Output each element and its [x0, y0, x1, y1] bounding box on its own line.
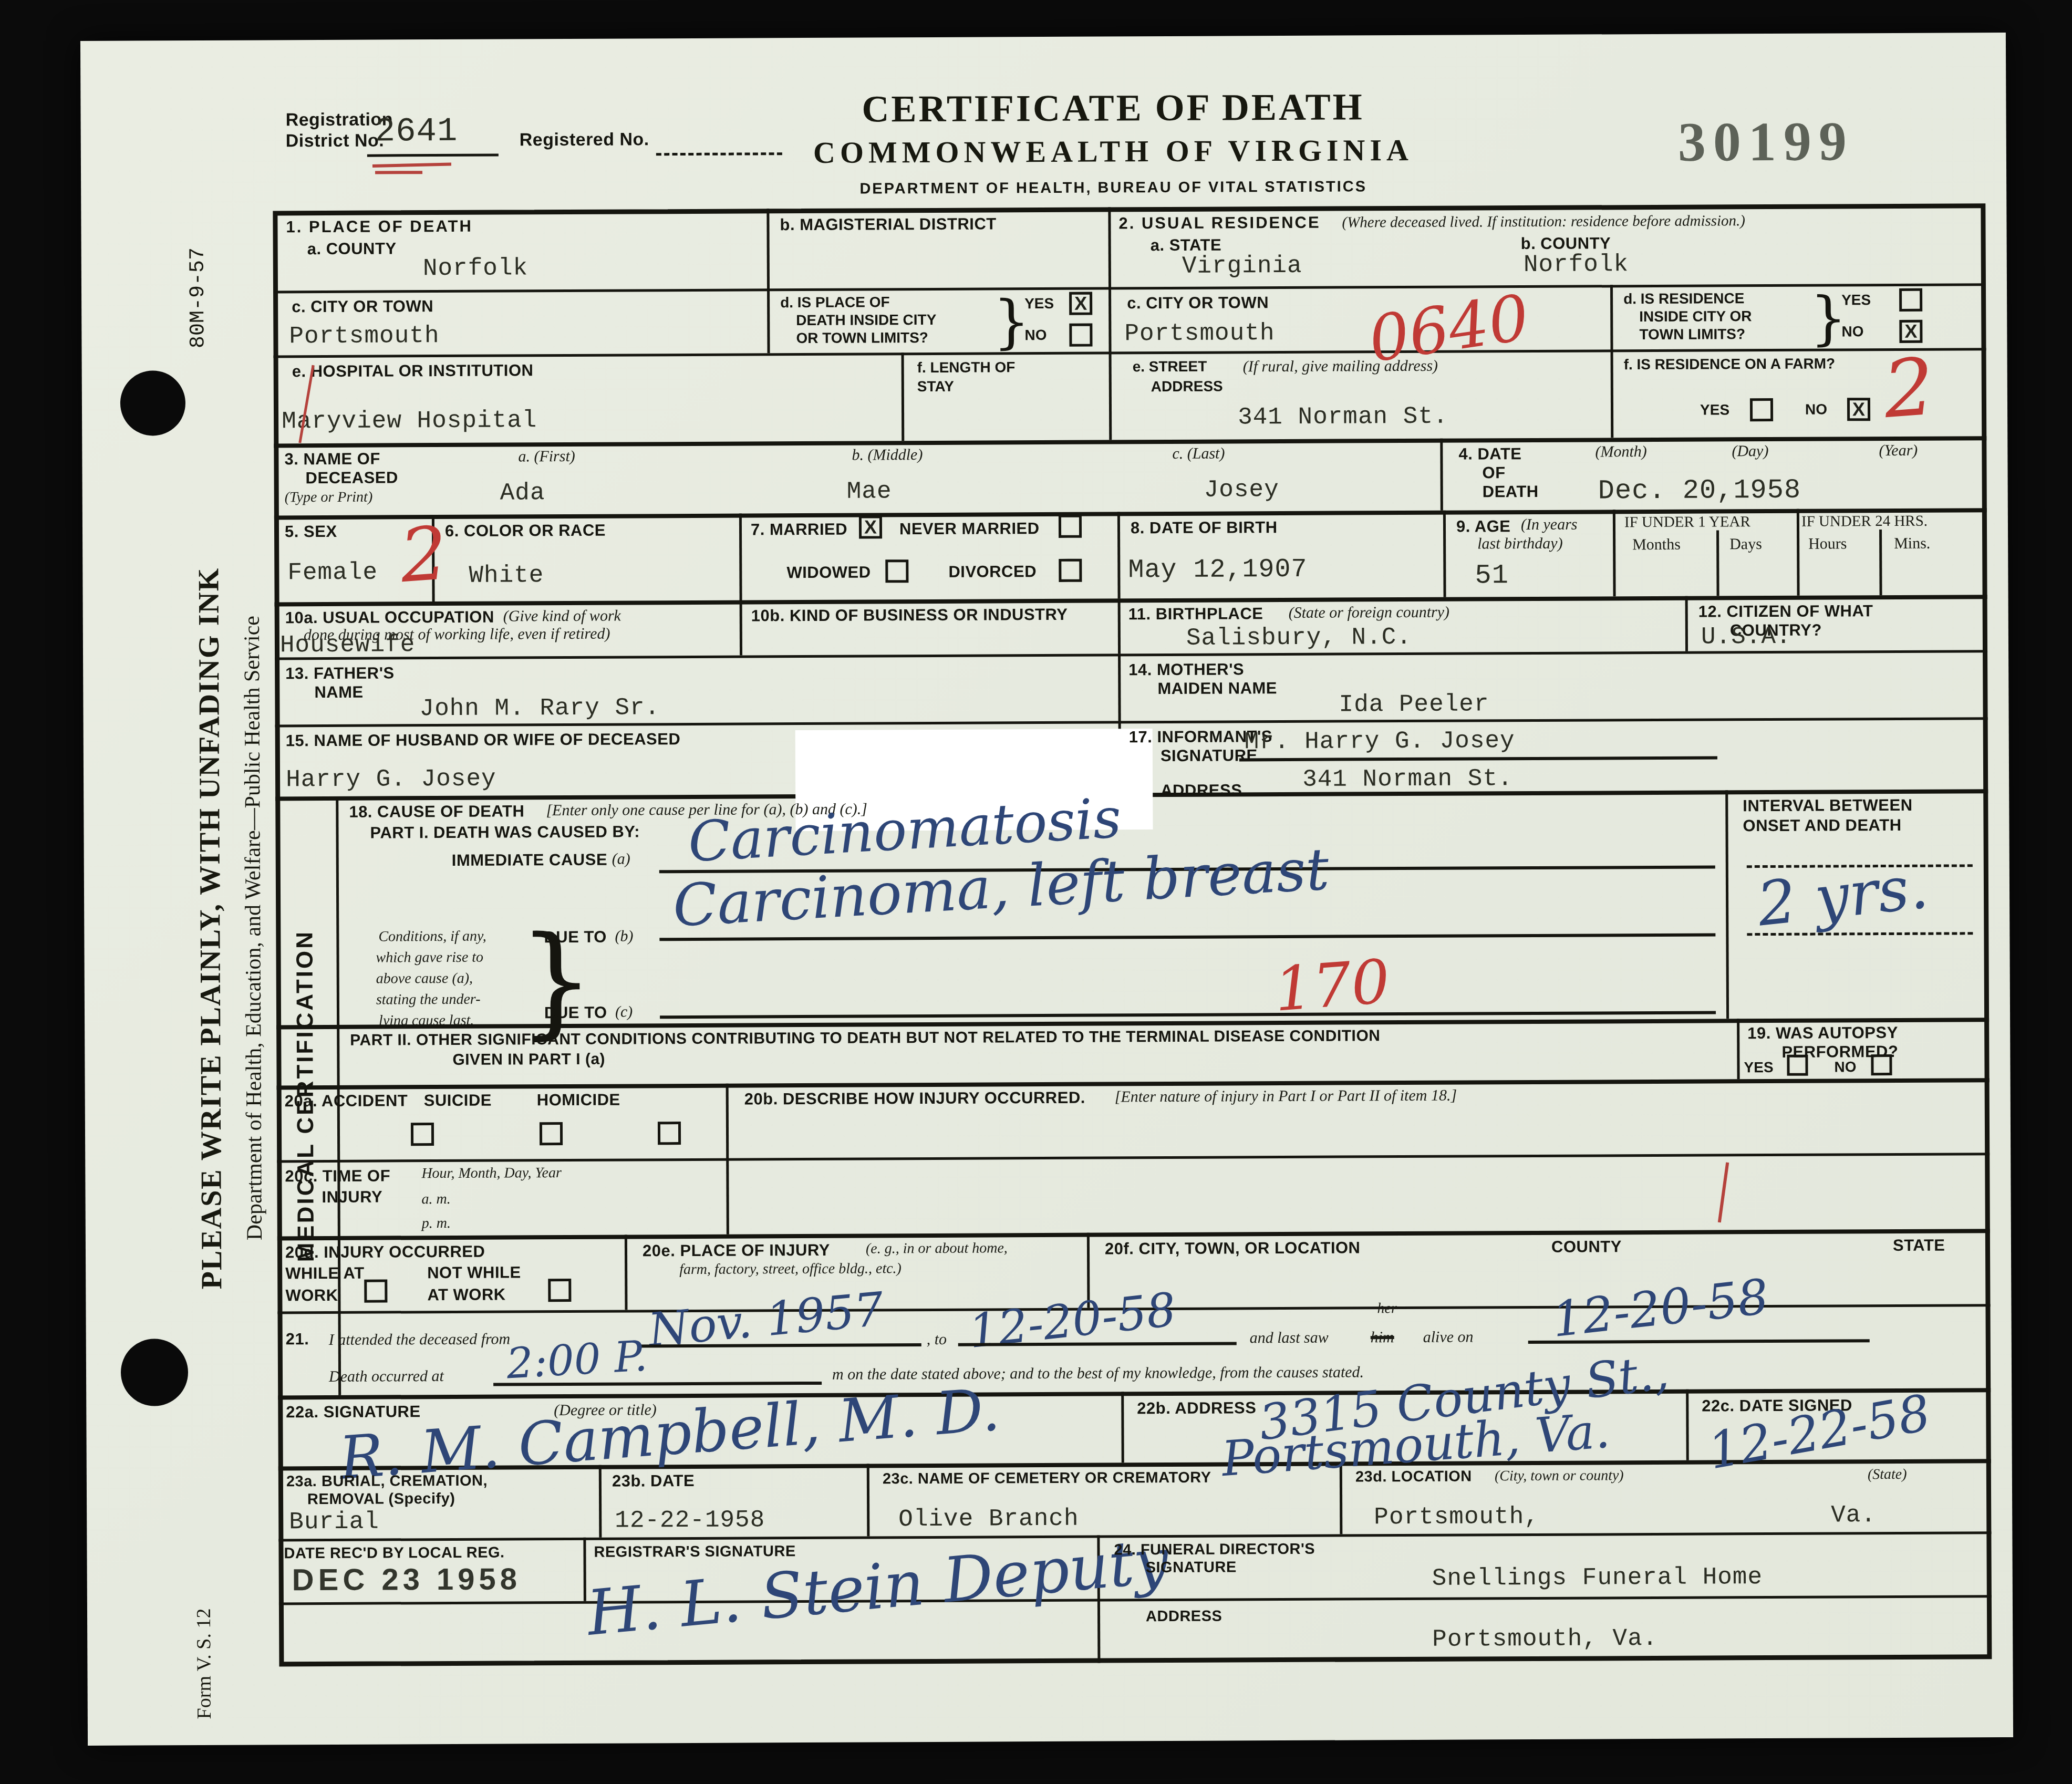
burial-date-value: 12-22-1958	[615, 1506, 765, 1534]
not-while-label1: NOT WHILE	[427, 1263, 521, 1282]
race-value: White	[469, 562, 544, 589]
dod-year-label: (Year)	[1879, 442, 1918, 460]
name-first-value: Ada	[500, 479, 545, 506]
street-note: (If rural, give mailing address)	[1243, 357, 1438, 376]
name-label1: 3. NAME OF	[284, 450, 380, 469]
accident-label: 20a. ACCIDENT	[285, 1091, 408, 1111]
birthplace-note: (State or foreign country)	[1289, 604, 1449, 622]
certificate-title: CERTIFICATE OF DEATH	[758, 85, 1467, 131]
divider	[1737, 1019, 1740, 1079]
due-c-letter: (c)	[615, 1003, 633, 1021]
widowed-label: WIDOWED	[786, 563, 871, 582]
burial-date-label: 23b. DATE	[612, 1471, 695, 1491]
form-number: Form V. S. 12	[192, 1574, 216, 1753]
residence-yes-label: YES	[1841, 292, 1871, 308]
widowed-checkbox	[885, 559, 908, 583]
attended-to-label: , to	[927, 1331, 947, 1349]
occupation-label: 10a. USUAL OCCUPATION	[285, 608, 494, 628]
pod-inside-no-checkbox	[1069, 324, 1092, 347]
autopsy-yes-label: YES	[1744, 1059, 1773, 1076]
divider	[1118, 598, 1121, 654]
due-b-letter: (b)	[615, 927, 633, 945]
divider	[1440, 439, 1443, 511]
describe-injury-note: [Enter nature of injury in Part I or Par…	[1115, 1087, 1457, 1106]
funeral-address-value: Portsmouth, Va.	[1432, 1625, 1657, 1653]
time-of-injury-label1: 20c. TIME OF	[285, 1166, 390, 1186]
physician-addr-label: 22b. ADDRESS	[1137, 1398, 1256, 1418]
divider	[625, 1235, 628, 1310]
funeral-director-label2: SIGNATURE	[1146, 1559, 1237, 1576]
name-last-value: Josey	[1204, 476, 1279, 504]
funeral-home-value: Snellings Funeral Home	[1432, 1563, 1763, 1592]
pod-county-value: Norfolk	[423, 254, 528, 282]
suicide-label: SUICIDE	[424, 1091, 492, 1111]
mother-label1: 14. MOTHER'S	[1128, 660, 1244, 679]
injury-state-label: STATE	[1893, 1236, 1945, 1255]
interval-label2: ONSET AND DEATH	[1743, 816, 1901, 835]
divider	[1443, 511, 1446, 597]
street-label2: ADDRESS	[1151, 378, 1223, 396]
never-married-checkbox	[1059, 515, 1082, 538]
homicide-checkbox	[658, 1122, 681, 1145]
dod-label1: 4. DATE	[1458, 444, 1521, 464]
mother-value: Ida Peeler	[1339, 690, 1489, 718]
funeral-address-label: ADDRESS	[1146, 1608, 1222, 1626]
burial-label1: 23a. BURIAL, CREMATION,	[286, 1472, 488, 1491]
certificate-paper: 80M-9-57 PLEASE WRITE PLAINLY, WITH UNFA…	[80, 33, 2013, 1746]
autopsy-yes-checkbox	[1787, 1055, 1808, 1076]
pod-city-value: Portsmouth	[289, 322, 439, 350]
residence-city-label: c. CITY OR TOWN	[1127, 293, 1269, 313]
due-to-c-label: DUE TO	[544, 1003, 607, 1023]
conditions-note5: lying cause last.	[379, 1012, 474, 1030]
married-label: 7. MARRIED	[751, 520, 847, 540]
residence-city-value: Portsmouth	[1124, 319, 1275, 347]
divider	[902, 352, 905, 441]
burial-label2: REMOVAL (Specify)	[307, 1490, 455, 1508]
death-occurred-text1: Death occurred at	[329, 1367, 444, 1386]
name-label2: DECEASED	[305, 468, 398, 488]
injury-city-label: 20f. CITY, TOWN, OR LOCATION	[1105, 1238, 1361, 1258]
age-note2: last birthday)	[1477, 535, 1563, 553]
mins-label: Mins.	[1894, 535, 1930, 553]
length-of-stay-label2: STAY	[917, 378, 954, 395]
burial-value: Burial	[289, 1508, 379, 1536]
occupation-value: Housewife	[280, 631, 416, 659]
location-label: 23d. LOCATION	[1355, 1468, 1472, 1486]
injury-county-label: COUNTY	[1551, 1237, 1622, 1257]
birth-label: 8. DATE OF BIRTH	[1131, 518, 1278, 537]
commonwealth-subtitle: COMMONWEALTH OF VIRGINIA	[759, 132, 1468, 170]
informant-value: Mr. Harry G. Josey	[1245, 727, 1515, 755]
birthplace-value: Salisbury, N.C.	[1186, 624, 1412, 652]
residence-county-value: Norfolk	[1524, 251, 1629, 278]
pod-inside-yes-checkbox: X	[1069, 292, 1092, 315]
dod-label3: DEATH	[1483, 482, 1539, 501]
age-note1: (In years	[1521, 516, 1578, 534]
checkbox-mark: X	[1074, 293, 1087, 315]
business-label: 10b. KIND OF BUSINESS OR INDUSTRY	[751, 605, 1068, 626]
usual-residence-label: 2. USUAL RESIDENCE	[1118, 213, 1320, 233]
informant-label2: SIGNATURE	[1161, 746, 1258, 765]
immediate-a-label: (a)	[612, 850, 630, 868]
divider	[1879, 530, 1882, 595]
street-value: 341 Norman St.	[1238, 403, 1448, 431]
divider	[1685, 596, 1688, 651]
while-at-work-label1: WHILE AT	[285, 1264, 365, 1283]
name-middle-label: b. (Middle)	[852, 446, 923, 464]
never-married-label: NEVER MARRIED	[899, 519, 1040, 538]
father-label1: 13. FATHER'S	[285, 663, 395, 683]
age-label: 9. AGE	[1456, 517, 1511, 536]
race-label: 6. COLOR OR RACE	[445, 521, 606, 541]
location-note: (City, town or county)	[1495, 1467, 1624, 1485]
length-of-stay-label: f. LENGTH OF	[917, 359, 1016, 376]
pod-city-label: c. CITY OR TOWN	[292, 297, 433, 316]
attended-number: 21.	[286, 1330, 309, 1349]
occupation-note1: (Give kind of work	[503, 607, 621, 626]
hospital-label: e. HOSPITAL OR INSTITUTION	[292, 361, 534, 381]
due-to-b-label: DUE TO	[544, 928, 607, 947]
farm-yes-checkbox	[1750, 398, 1773, 421]
citizen-value: U.S.A.	[1701, 623, 1791, 651]
red-underline-mark-1	[372, 163, 451, 168]
spouse-value: Harry G. Josey	[286, 765, 496, 794]
serial-number: 30199	[1678, 109, 1855, 174]
red-underline-mark-2	[375, 171, 422, 174]
autopsy-label1: 19. WAS AUTOPSY	[1747, 1023, 1898, 1043]
conditions-note1: Conditions, if any,	[378, 928, 486, 946]
residence-inside-label1: d. IS RESIDENCE	[1623, 290, 1744, 307]
name-first-label: a. (First)	[518, 448, 575, 465]
not-while-checkbox	[548, 1279, 571, 1302]
accident-checkbox	[411, 1123, 434, 1146]
months-label: Months	[1632, 536, 1681, 554]
sex-red-code: 2	[397, 511, 450, 599]
spouse-label: 15. NAME OF HUSBAND OR WIFE OF DECEASED	[286, 730, 681, 750]
pod-no-label: NO	[1024, 327, 1047, 344]
write-plainly-instruction: PLEASE WRITE PLAINLY, WITH UNFADING INK	[193, 482, 228, 1375]
hole-punch-top	[120, 370, 186, 436]
place-of-injury-label: 20e. PLACE OF INJURY	[643, 1241, 830, 1261]
date-received-label: DATE REC'D BY LOCAL REG.	[284, 1544, 504, 1563]
pm-label: p. m.	[422, 1215, 451, 1232]
cause-label: 18. CAUSE OF DEATH	[349, 802, 524, 821]
residence-state-value: Virginia	[1182, 252, 1302, 280]
homicide-label: HOMICIDE	[537, 1091, 620, 1110]
death-time-value: 2:00 P.	[505, 1331, 648, 1388]
place-of-injury-note2: farm, factory, street, office bldg., etc…	[679, 1260, 902, 1278]
autopsy-no-checkbox	[1871, 1054, 1892, 1075]
hole-punch-bottom	[121, 1339, 189, 1406]
part2-label-line2: GIVEN IN PART I (a)	[452, 1051, 605, 1069]
farm-label: f. IS RESIDENCE ON A FARM?	[1624, 355, 1836, 373]
residence-inside-label2: INSIDE CITY OR	[1639, 308, 1752, 325]
informant-address-value: 341 Norman St.	[1302, 765, 1513, 793]
age-value: 51	[1475, 560, 1509, 591]
name-middle-value: Mae	[847, 478, 892, 505]
time-of-injury-note: Hour, Month, Day, Year	[421, 1165, 562, 1182]
time-of-injury-label2: INJURY	[322, 1188, 382, 1207]
date-received-stamp: DEC 23 1958	[292, 1561, 522, 1598]
place-of-injury-note1: (e. g., in or about home,	[866, 1240, 1008, 1257]
while-at-work-label2: WORK	[285, 1286, 338, 1305]
death-occurred-text2: m on the date stated above; and to the b…	[832, 1363, 1364, 1383]
location-value: Portsmouth,	[1374, 1503, 1539, 1531]
pod-yes-label: YES	[1024, 295, 1054, 312]
residence-inside-yes-checkbox	[1899, 288, 1922, 312]
location-state-note: (State)	[1868, 1466, 1907, 1483]
part1-label: PART I. DEATH WAS CAUSED BY:	[370, 822, 640, 842]
farm-no-checkbox: X	[1847, 398, 1870, 421]
conditions-note3: above cause (a),	[376, 970, 473, 988]
stock-number: 80M-9-57	[185, 193, 211, 403]
farm-red-code: 2	[1881, 341, 1938, 437]
checkbox-mark: X	[864, 516, 877, 538]
divorced-checkbox	[1059, 559, 1082, 582]
physician-sig-label: 22a. SIGNATURE	[286, 1402, 420, 1422]
describe-injury-label: 20b. DESCRIBE HOW INJURY OCCURRED.	[744, 1088, 1085, 1109]
margin-department-line: Department of Health, Education, and Wel…	[239, 497, 268, 1358]
hours-label: Hours	[1808, 535, 1847, 553]
not-while-label2: AT WORK	[427, 1285, 505, 1305]
divider	[1797, 509, 1800, 596]
street-label1: e. STREET	[1133, 358, 1207, 376]
registration-district-number: 2641	[375, 113, 458, 151]
divider	[1686, 1389, 1689, 1460]
sex-value: Female	[287, 559, 378, 587]
if-under-24hrs-label: IF UNDER 24 HRS.	[1801, 513, 1928, 531]
residence-inside-no-checkbox: X	[1899, 320, 1922, 343]
mother-label2: MAIDEN NAME	[1157, 679, 1277, 698]
registered-no-label: Registered No.	[520, 129, 649, 150]
birthplace-label: 11. BIRTHPLACE	[1128, 604, 1263, 624]
divider	[1716, 530, 1719, 596]
funeral-director-label1: 24. FUNERAL DIRECTOR'S	[1114, 1541, 1315, 1559]
name-last-label: c. (Last)	[1172, 445, 1225, 463]
if-under-1yr-label: IF UNDER 1 YEAR	[1624, 513, 1750, 531]
injury-occurred-label: 20d. INJURY OCCURRED	[285, 1242, 485, 1262]
cemetery-value: Olive Branch	[898, 1505, 1079, 1533]
place-of-death-label: 1. PLACE OF DEATH	[286, 217, 472, 237]
divider	[1117, 512, 1121, 598]
cemetery-label: 23c. NAME OF CEMETERY OR CREMATORY	[883, 1469, 1211, 1488]
department-line: DEPARTMENT OF HEALTH, BUREAU OF VITAL ST…	[759, 178, 1468, 198]
checkbox-mark: X	[1904, 320, 1917, 343]
conditions-note4: stating the under-	[376, 991, 481, 1009]
location-state-value: Va.	[1831, 1501, 1876, 1529]
pod-inside-limits-label2: DEATH INSIDE CITY	[796, 312, 936, 329]
informant-address-label: ADDRESS	[1161, 781, 1242, 800]
father-value: John M. Rary Sr.	[419, 694, 660, 722]
pod-inside-limits-label: d. IS PLACE OF	[780, 294, 890, 311]
divider	[1613, 510, 1616, 596]
sex-label: 5. SEX	[285, 522, 337, 541]
divider	[599, 1465, 602, 1538]
attended-her-word: her	[1377, 1300, 1396, 1317]
immediate-cause-label: IMMEDIATE CAUSE	[452, 850, 607, 870]
birth-value: May 12,1907	[1128, 555, 1307, 585]
citizen-label1: 12. CITIZEN OF WHAT	[1698, 601, 1873, 621]
suicide-checkbox	[540, 1122, 563, 1145]
farm-no-label: NO	[1805, 401, 1827, 418]
divider	[867, 1464, 870, 1536]
pod-county-label: a. COUNTY	[307, 239, 397, 258]
autopsy-no-label: NO	[1834, 1059, 1856, 1075]
dod-value: Dec. 20,1958	[1598, 475, 1801, 507]
divorced-label: DIVORCED	[948, 562, 1037, 582]
registration-label-line2: District No.	[286, 130, 385, 151]
usual-residence-note: (Where deceased lived. If institution: r…	[1342, 212, 1745, 231]
days-label: Days	[1729, 535, 1762, 553]
district-no-underline	[367, 154, 499, 157]
magisterial-district-label: b. MAGISTERIAL DISTRICT	[780, 214, 996, 234]
registrar-sig-label: REGISTRAR'S SIGNATURE	[594, 1543, 795, 1561]
divider	[1121, 1392, 1124, 1463]
residence-no-label: NO	[1841, 323, 1863, 340]
pod-inside-limits-label3: OR TOWN LIMITS?	[796, 329, 928, 347]
dod-month-label: (Month)	[1595, 443, 1646, 461]
hospital-value: Maryview Hospital	[282, 407, 537, 435]
attended-text3: alive on	[1423, 1328, 1474, 1346]
interval-label1: INTERVAL BETWEEN	[1743, 796, 1912, 815]
am-label: a. m.	[421, 1191, 450, 1208]
attended-text2: and last saw	[1250, 1329, 1329, 1347]
checkbox-mark: X	[1852, 398, 1865, 420]
farm-yes-label: YES	[1700, 401, 1729, 418]
while-at-work-checkbox	[364, 1279, 387, 1302]
attended-text1: I attended the deceased from	[329, 1330, 511, 1349]
dod-label2: OF	[1482, 463, 1505, 482]
father-label2: NAME	[314, 683, 363, 702]
married-checkbox: X	[859, 515, 882, 538]
residence-inside-label3: TOWN LIMITS?	[1639, 326, 1745, 343]
attended-struck-word: him	[1371, 1329, 1394, 1346]
name-label3: (Type or Print)	[285, 489, 373, 506]
dod-day-label: (Day)	[1732, 442, 1768, 460]
conditions-note2: which gave rise to	[376, 949, 483, 967]
